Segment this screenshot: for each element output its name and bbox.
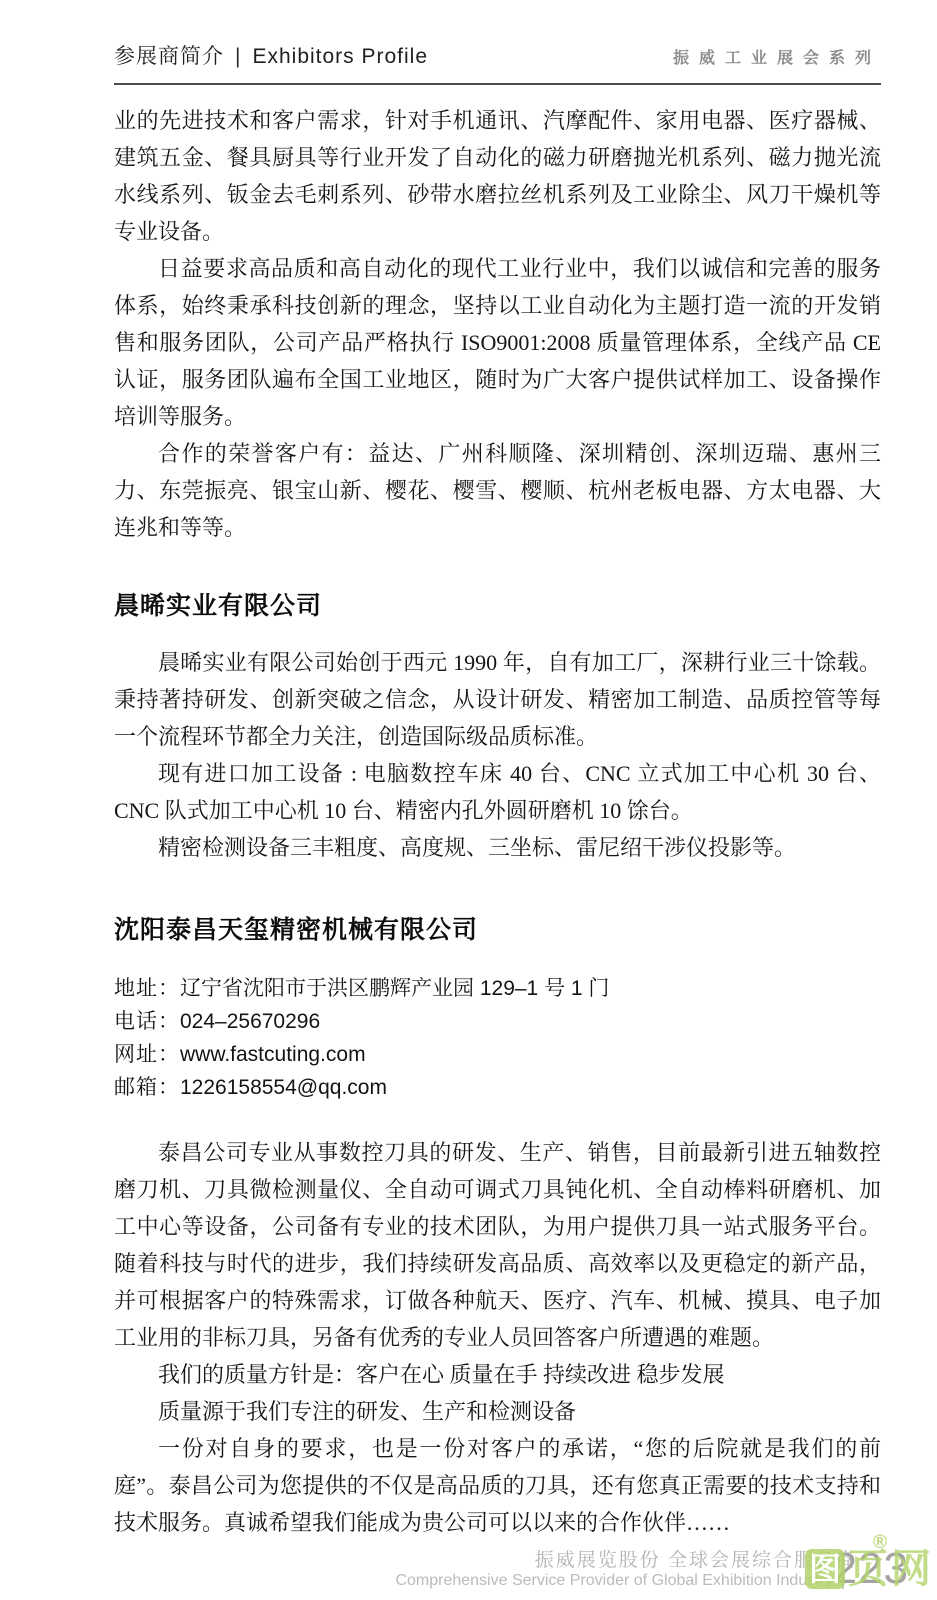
intro-paragraphs: 业的先进技术和客户需求，针对手机通讯、汽摩配件、家用电器、医疗器械、建筑五金、餐…	[114, 102, 881, 546]
series-logo-text: 振威工业展会系列	[673, 45, 881, 70]
contact-value: www.fastcuting.com	[180, 1043, 366, 1066]
watermark-char-tu: 图	[805, 1549, 845, 1589]
contact-value: 024–25670296	[180, 1010, 320, 1033]
paragraph: 精密检测设备三丰粗度、高度规、三坐标、雷尼绍干涉仪投影等。	[114, 829, 881, 866]
watermark-char-wang: 网	[891, 1549, 931, 1589]
watermark-char-ye: 页	[848, 1549, 888, 1589]
paragraph: 日益要求高品质和高自动化的现代工业行业中，我们以诚信和完善的服务体系，始终秉承科…	[114, 250, 881, 435]
company1-paragraphs: 晨晞实业有限公司始创于西元 1990 年，自有加工厂，深耕行业三十馀载。秉持著持…	[114, 644, 881, 866]
page-header: 参展商简介|Exhibitors Profile 振威工业展会系列	[114, 40, 881, 85]
paragraph: 业的先进技术和客户需求，针对手机通讯、汽摩配件、家用电器、医疗器械、建筑五金、餐…	[114, 102, 881, 250]
company2-title: 沈阳泰昌天玺精密机械有限公司	[114, 910, 881, 946]
contact-line: 电话：024–25670296	[114, 1005, 881, 1038]
company2-contacts: 地址：辽宁省沈阳市于洪区鹏辉产业园 129–1 号 1 门电话：024–2567…	[114, 972, 881, 1104]
contact-label: 网址：	[114, 1043, 180, 1066]
contact-label: 地址：	[114, 977, 180, 1000]
footer-company-en: Comprehensive Service Provider of Global…	[395, 1572, 833, 1590]
contact-value: 辽宁省沈阳市于洪区鹏辉产业园 129–1 号 1 门	[180, 977, 609, 1000]
paragraph: 晨晞实业有限公司始创于西元 1990 年，自有加工厂，深耕行业三十馀载。秉持著持…	[114, 644, 881, 755]
header-title-cn: 参展商简介	[114, 45, 224, 68]
header-title-divider: |	[235, 45, 241, 68]
contact-label: 邮箱：	[114, 1076, 180, 1099]
paragraph: 合作的荣誉客户有：益达、广州科顺隆、深圳精创、深圳迈瑞、惠州三力、东莞振亮、银宝…	[114, 435, 881, 546]
tuyewang-watermark: ® 图 页 网	[805, 1549, 931, 1589]
contact-line: 网址：www.fastcuting.com	[114, 1038, 881, 1071]
paragraph: 一份对自身的要求，也是一份对客户的承诺，“您的后院就是我们的前庭”。泰昌公司为您…	[114, 1430, 881, 1541]
contact-line: 邮箱：1226158554@qq.com	[114, 1071, 881, 1104]
company1-title: 晨晞实业有限公司	[114, 586, 881, 622]
header-title: 参展商简介|Exhibitors Profile	[114, 40, 428, 70]
paragraph: 质量源于我们专注的研发、生产和检测设备	[114, 1393, 881, 1430]
registered-trademark-icon: ®	[873, 1532, 887, 1554]
page: 参展商简介|Exhibitors Profile 振威工业展会系列 业的先进技术…	[0, 0, 937, 1541]
paragraph: 现有进口加工设备 : 电脑数控车床 40 台、CNC 立式加工中心机 30 台、…	[114, 755, 881, 829]
contact-line: 地址：辽宁省沈阳市于洪区鹏辉产业园 129–1 号 1 门	[114, 972, 881, 1005]
company2-paragraphs: 泰昌公司专业从事数控刀具的研发、生产、销售，目前最新引进五轴数控磨刀机、刀具微检…	[114, 1134, 881, 1541]
paragraph: 我们的质量方针是：客户在心 质量在手 持续改进 稳步发展	[114, 1356, 881, 1393]
contact-label: 电话：	[114, 1010, 180, 1033]
contact-value: 1226158554@qq.com	[180, 1076, 387, 1099]
header-title-en: Exhibitors Profile	[252, 45, 428, 68]
paragraph: 泰昌公司专业从事数控刀具的研发、生产、销售，目前最新引进五轴数控磨刀机、刀具微检…	[114, 1134, 881, 1356]
